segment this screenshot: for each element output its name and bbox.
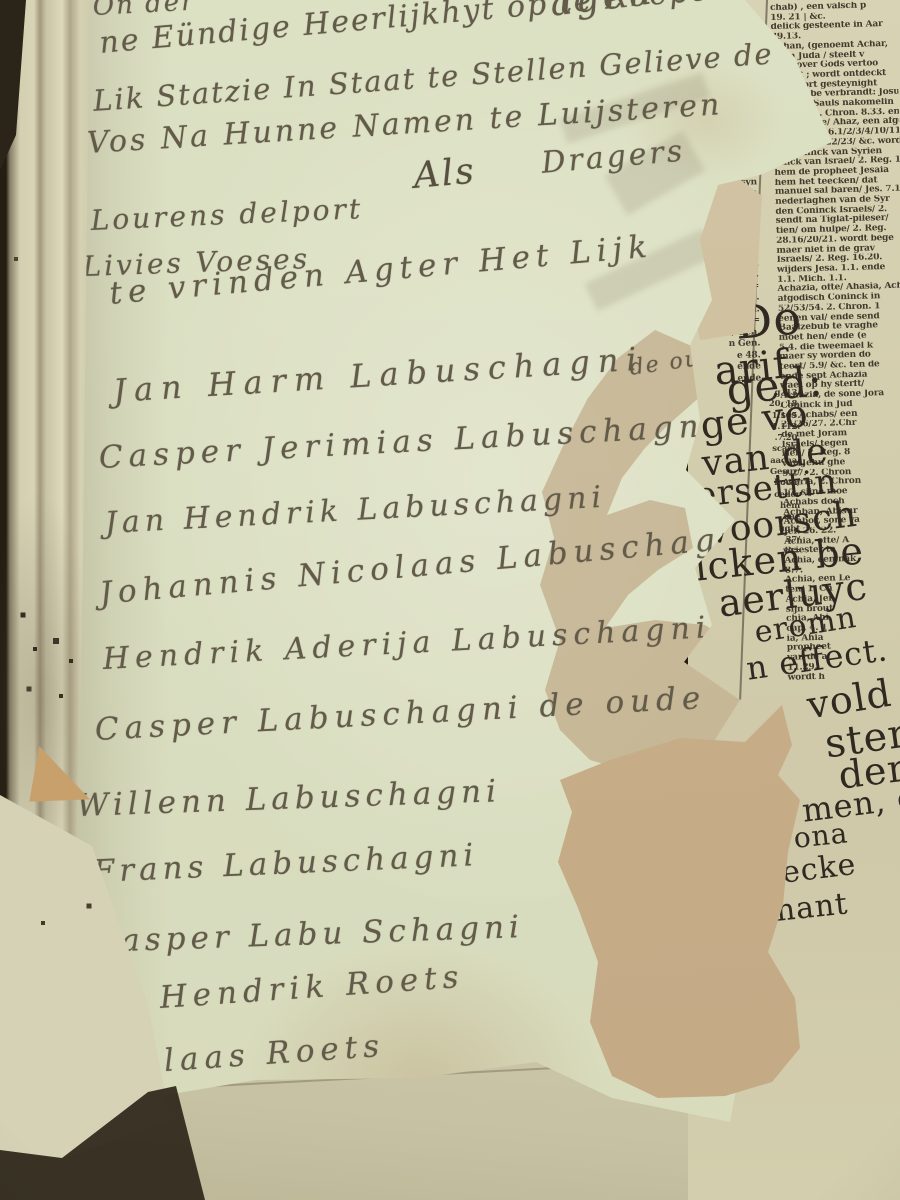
register-margin-line: de 18/18. <box>701 269 759 282</box>
photo-stage: b. 14.Abime=offeren/hoochlicker den boot… <box>0 0 900 1200</box>
hw-name-nicolaas-roets: Nicolaas Roets <box>66 1028 386 1086</box>
hw-name-willenn-labuschagni: Willenn Labuschagni <box>76 773 502 824</box>
register-margin-line: (Messia) <box>700 246 758 259</box>
large-print-fragment: Do <box>733 290 804 350</box>
hw-name-casper-labu-schagni: Casper Labu Schagni <box>92 909 524 960</box>
hw-name-lourens-delport: Lourens delport <box>90 192 364 237</box>
hw-name-frans-labuschagni: Frans Labuschagni <box>92 837 479 890</box>
hw-name-jan-hendrik-labuschagni: Jan Hendrik Labuschagni <box>104 480 607 541</box>
hw-name-jan-hendrik-roets: Jan Hendrik Roets <box>74 959 466 1022</box>
hw-heading-als: Als <box>412 151 477 197</box>
hw-name-jan-harm-labuschagni: Jan Harm Labuschagni <box>112 340 646 410</box>
ink-speckles <box>0 0 2 2</box>
hw-line-agter-het-lijk: te vrinden Agter Het Lijk <box>108 228 654 311</box>
register-margin-line: weedom/ <box>700 223 758 236</box>
